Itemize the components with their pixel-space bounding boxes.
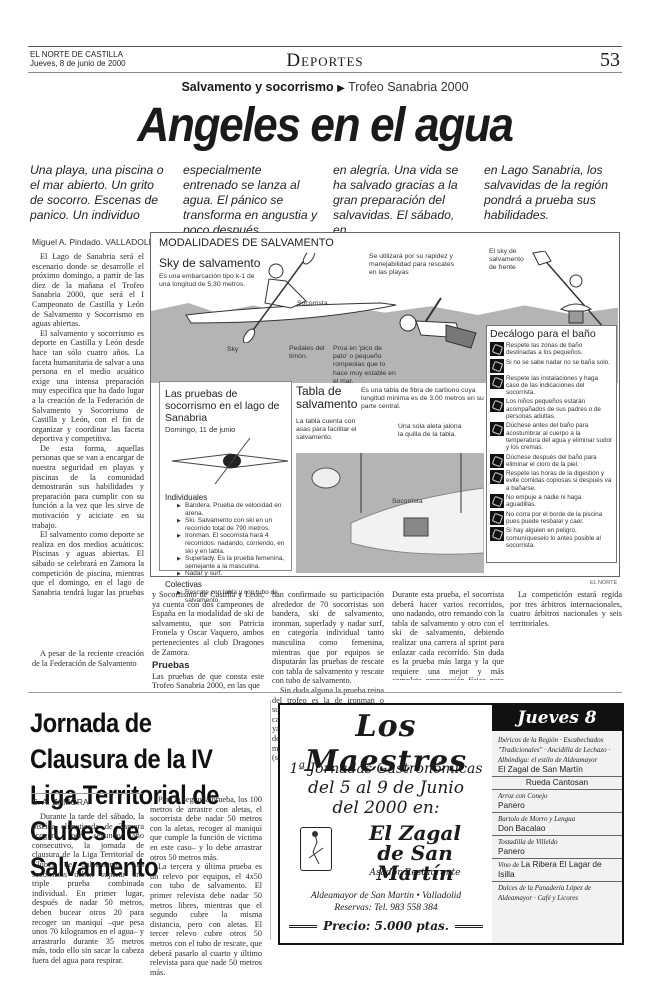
article-col-1: El Lago de Sanabria será el escenario do… xyxy=(32,252,144,597)
menu-item: Arroz con ConejoPanero xyxy=(492,790,622,813)
section-title: Deportes xyxy=(0,50,650,72)
list-item: Ironman. El socorrista hará 4 recorridos… xyxy=(177,532,286,555)
ad-contact: Aldeamayor de San Martín • Valladolid Re… xyxy=(280,890,492,914)
paragraph: han confirmado su participación alrededo… xyxy=(272,590,384,686)
paragraph: Durante la tarde del sábado, la piscina … xyxy=(32,812,144,966)
kicker: Salvamento y socorrismo ▶ Trofeo Sanabri… xyxy=(0,80,650,94)
paragraph: El salvamento y socorrismo es deporte en… xyxy=(32,329,144,444)
decalogo-item: Respete las horas de la digestión y evit… xyxy=(490,470,613,492)
first-aid-icon xyxy=(490,527,504,541)
label-asas: La tabla cuenta con asas para facilitar … xyxy=(296,418,361,443)
masthead-bottom-rule xyxy=(28,72,622,73)
menu-item: Tostadilla de VilleldoPanero xyxy=(492,836,622,859)
ad-event-block: 1ª Jornadas Gastronómicas del 5 al 9 de … xyxy=(280,760,492,818)
list-item: Ski. Salvamento con ski en un recorrido … xyxy=(177,517,286,532)
kicker-event: Trofeo Sanabria 2000 xyxy=(348,80,468,94)
shower-after-icon xyxy=(490,454,504,468)
second-col-1: Durante la tarde del sábado, la piscina … xyxy=(32,812,144,966)
decalogo-item: Si hay alguien en peligro, comuníqueselo… xyxy=(490,527,613,549)
pruebas-date: Domingo, 11 de junio xyxy=(165,425,286,434)
menu-item: Dulces de la Panadería López de Aldeamay… xyxy=(492,882,622,905)
menu-item: Ibéricos de la Región · Escabechados "Tr… xyxy=(492,734,622,777)
kicker-arrow-icon: ▶ xyxy=(337,83,345,94)
label-frente: El sky de salvamento de frente xyxy=(489,248,529,273)
individuales-list: Bandera. Prueba de velocidad en arena. S… xyxy=(177,502,286,578)
section-divider xyxy=(28,692,622,693)
paragraph: De esta forma, aquellas personas que se … xyxy=(32,444,144,530)
ad-left-panel: Los Maestres 1ª Jornadas Gastronómicas d… xyxy=(280,705,492,943)
decalogo-item: Dúchese antes del baño para acostumbrar … xyxy=(490,422,613,451)
kicker-topic: Salvamento y socorrismo xyxy=(181,80,333,94)
meal-icon xyxy=(490,470,504,484)
ad-day-banner: Jueves 8 xyxy=(492,705,622,731)
ad-line2: del 5 al 9 de Junio xyxy=(280,778,492,798)
ad-menu-panel: Jueves 8 Ibéricos de la Región · Escabec… xyxy=(492,705,622,943)
paragraph: La competición estará regida por tres ár… xyxy=(510,590,622,628)
second-byline: S. A. ZAMORA xyxy=(32,797,89,807)
tabla-description: Es una tabla de fibra de carbono cuya lo… xyxy=(361,387,486,412)
label-tabla-socorrista: Socorrista xyxy=(392,498,423,506)
article-col-4: Durante esta prueba, el socorrista deber… xyxy=(392,590,504,680)
decalogo-item: No corra por el borde de la piscina pues… xyxy=(490,511,613,526)
menu-item: Vino de La Ribera El Lagar de Isilla xyxy=(492,859,622,882)
ad-price: Precio: 5.000 ptas. xyxy=(280,919,492,933)
paragraph: Las pruebas de que consta este Trofeo Sa… xyxy=(152,672,264,691)
decalogo-box: Decálogo para el baño Respete las zonas … xyxy=(486,325,617,563)
colectivas-heading: Colectivas xyxy=(165,580,286,589)
paragraph: y Socorrismo de Castilla y León, ya cuen… xyxy=(152,590,264,657)
facilities-icon xyxy=(490,375,504,389)
pruebas-box: Las pruebas de socorrismo en el lago de … xyxy=(159,381,292,571)
masthead-top-rule xyxy=(28,46,622,47)
rescue-board-illustration xyxy=(296,453,484,573)
ad-restaurant-type: Asador-Restaurante xyxy=(340,868,490,878)
article-col-1-end: A pesar de la reciente creación de la Fe… xyxy=(32,649,144,668)
graphic-title: MODALIDADES DE SALVAMENTO xyxy=(159,237,334,249)
menu-item: Bartolo de Morro y LenguaDon Bacalao xyxy=(492,813,622,836)
label-socorrista: Socorrista xyxy=(297,300,328,308)
article-col-5: La competición estará regida por tres ár… xyxy=(510,590,622,628)
page-number: 53 xyxy=(600,49,620,72)
san-martin-logo-icon xyxy=(300,827,332,871)
decalogo-item: Respete las instalaciones y haga caso de… xyxy=(490,375,613,397)
no-push-icon xyxy=(490,494,504,508)
no-running-icon xyxy=(490,511,504,525)
article-col-2: y Socorrismo de Castilla y León, ya cuen… xyxy=(152,590,264,691)
lead-col-3: en alegría. Una vida se ha salvado graci… xyxy=(333,163,468,238)
pruebas-title: Las pruebas de socorrismo en el lago de … xyxy=(165,388,286,424)
swimmer-icon xyxy=(490,359,504,373)
decalogo-item: Si no se sabe nadar no se baña solo. xyxy=(490,359,613,373)
paragraph: Para la segunda prueba, los 100 metros d… xyxy=(150,795,262,862)
paragraph: El salvamento como deporte se realiza en… xyxy=(32,530,144,597)
infographic: MODALIDADES DE SALVAMENTO Sky de salvame… xyxy=(150,232,620,577)
column-divider xyxy=(270,700,271,940)
main-headline: Angeles en el agua xyxy=(26,98,624,153)
decalogo-title: Decálogo para el baño xyxy=(490,328,613,340)
lead-col-2: especialmente entrenado se lanza al agua… xyxy=(183,163,318,238)
graphic-credit: EL NORTE xyxy=(590,580,617,586)
beach-zone-icon xyxy=(490,342,504,356)
byline-rule xyxy=(32,793,142,794)
paragraph: A pesar de la reciente creación de la Fe… xyxy=(32,649,144,668)
shower-icon xyxy=(490,422,504,436)
label-uso: Se utilizará por su rapidez y manejabili… xyxy=(369,253,454,278)
list-item: Nadar y surf. xyxy=(177,570,286,578)
subhead-pruebas: Pruebas xyxy=(152,661,264,671)
decalogo-item: Dúchese después del baño para eliminar e… xyxy=(490,454,613,469)
decalogo-item: Los niños pequeños estarán acompañados d… xyxy=(490,398,613,420)
label-quilla: Una sola aleta jalona la quilla de la ta… xyxy=(398,423,468,439)
paragraph: El Lago de Sanabria será el escenario do… xyxy=(32,252,144,329)
label-pedales: Pedales del timón. xyxy=(289,345,329,361)
byline: Miguel A. Pindado. VALLADOLID xyxy=(32,237,157,247)
ad-line3: del 2000 en: xyxy=(280,798,492,818)
decalogo-item: Respete las zonas de baño destinadas a l… xyxy=(490,342,613,357)
list-item: Bandera. Prueba de velocidad en arena. xyxy=(177,502,286,517)
label-sky: Sky xyxy=(227,346,238,354)
section-name: Deportes xyxy=(286,50,363,71)
lead-col-4: en Lago Sanabria, los salvavidas de la r… xyxy=(484,163,619,223)
tabla-title: Tabla de salvamento xyxy=(296,385,356,411)
ad-line1: 1ª Jornadas Gastronómicas xyxy=(280,760,492,778)
ski-topview-icon xyxy=(170,436,290,486)
swimmer-illustration xyxy=(386,293,486,353)
paragraph: Durante esta prueba, el socorrista deber… xyxy=(392,590,504,680)
ad-address: Aldeamayor de San Martín • Valladolid xyxy=(280,890,492,902)
list-item: Superlady. Es la prueba femenina, semeja… xyxy=(177,555,286,570)
ad-menu-list: Ibéricos de la Región · Escabechados "Tr… xyxy=(492,731,622,905)
menu-item: Rueda Cantosan xyxy=(492,777,622,790)
lead-col-1: Una playa, una piscina o el mar abierto.… xyxy=(30,163,165,223)
paragraph: La tercera y última prueba es un relevo … xyxy=(150,862,262,977)
family-icon xyxy=(490,398,504,412)
individuales-heading: Individuales xyxy=(165,493,286,502)
ad-phone[interactable]: Reservas: Tel. 983 558 384 xyxy=(280,902,492,914)
second-col-2: Para la segunda prueba, los 100 metros d… xyxy=(150,795,262,977)
decalogo-item: No empuje a nadie ni haga aguadillas. xyxy=(490,494,613,509)
